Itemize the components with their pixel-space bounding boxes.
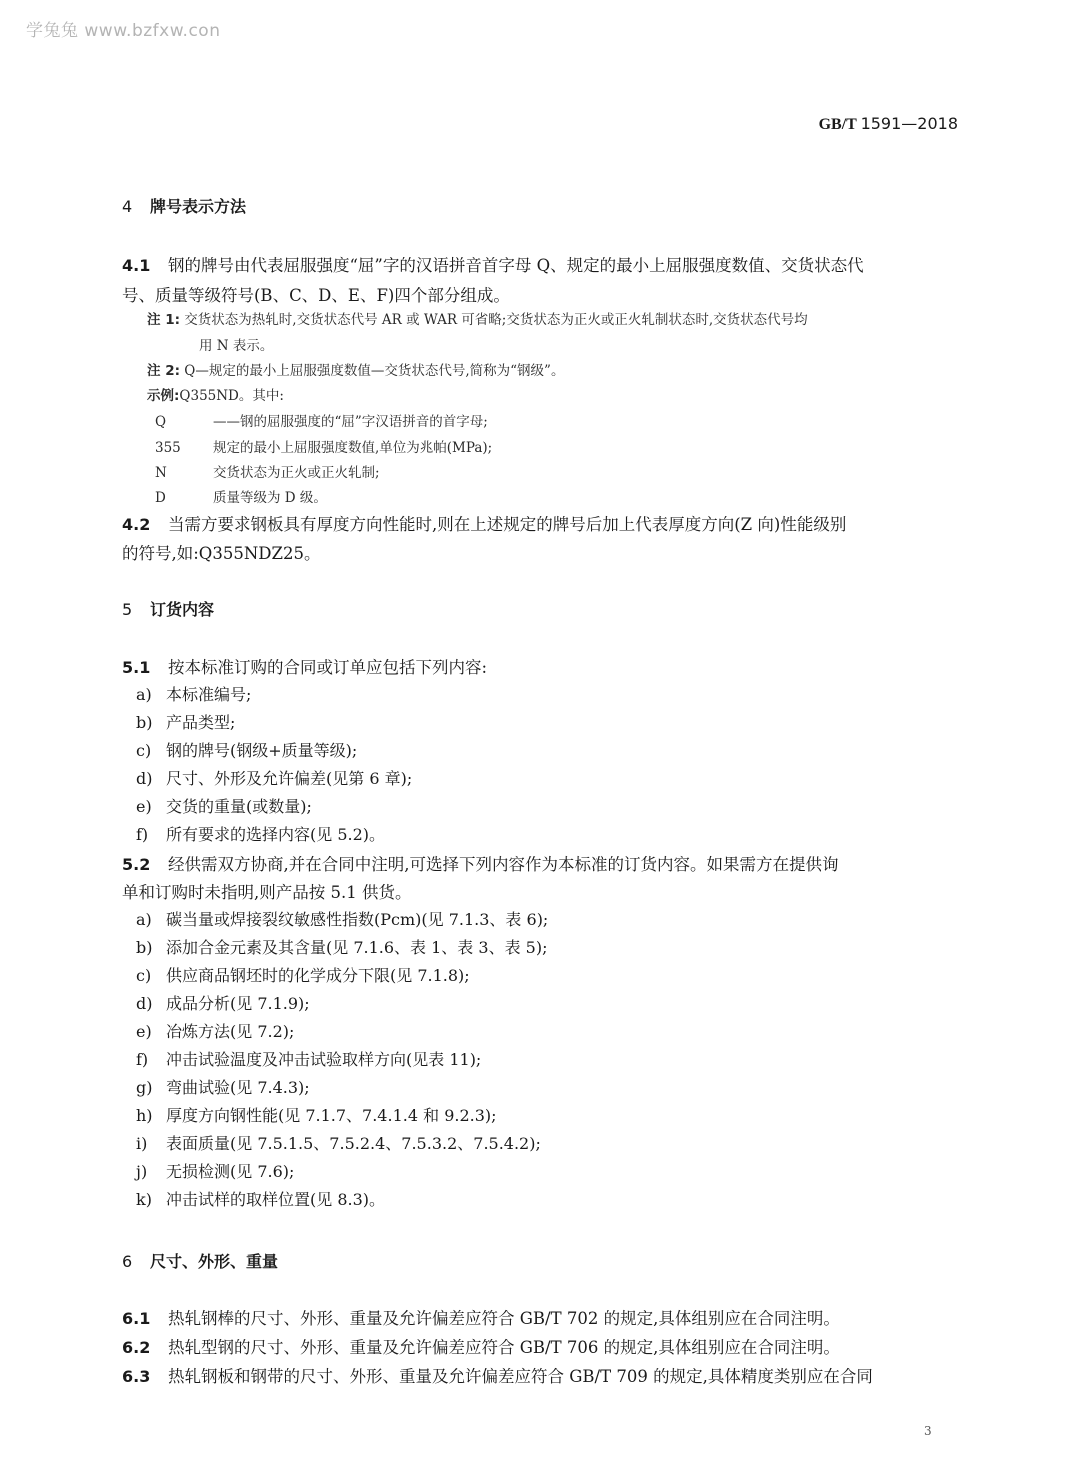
list-item: d)成品分析(见 7.1.9); — [136, 991, 310, 1014]
watermark: 学兔兔 www.bzfxw.con — [26, 16, 221, 41]
clause-6-3: 6.3热轧钢板和钢带的尺寸、外形、重量及允许偏差应符合 GB/T 709 的规定… — [122, 1363, 873, 1387]
definition-355: 355规定的最小上屈服强度数值,单位为兆帕(MPa); — [155, 436, 492, 456]
list-item: b)添加合金元素及其含量(见 7.1.6、表 1、表 3、表 5); — [136, 935, 547, 958]
list-item: h)厚度方向钢性能(见 7.1.7、7.4.1.4 和 9.2.3); — [136, 1103, 497, 1126]
section-heading-6: 6尺寸、外形、重量 — [122, 1249, 278, 1272]
definition-n: N交货状态为正火或正火轧制; — [155, 461, 380, 481]
clause-5-2: 5.2经供需双方协商,并在合同中注明,可选择下列内容作为本标准的订货内容。如果需… — [122, 851, 839, 875]
list-item: f)冲击试验温度及冲击试验取样方向(见表 11); — [136, 1047, 481, 1070]
definition-q: Q——钢的屈服强度的“屈”字汉语拼音的首字母; — [155, 410, 488, 430]
list-item: b)产品类型; — [136, 710, 235, 733]
definition-d: D质量等级为 D 级。 — [155, 486, 327, 506]
clause-6-1: 6.1热轧钢棒的尺寸、外形、重量及允许偏差应符合 GB/T 702 的规定,具体… — [122, 1305, 840, 1329]
list-item: a)本标准编号; — [136, 682, 251, 705]
note-1: 注 1: 交货状态为热轧时,交货状态代号 AR 或 WAR 可省略;交货状态为正… — [147, 308, 808, 328]
list-item: c)钢的牌号(钢级+质量等级); — [136, 738, 357, 761]
standard-prefix: GB/T — [819, 116, 857, 133]
example: 示例:Q355ND。其中: — [147, 384, 284, 404]
clause-5-1: 5.1按本标准订购的合同或订单应包括下列内容: — [122, 654, 487, 678]
list-item: d)尺寸、外形及允许偏差(见第 6 章); — [136, 766, 412, 789]
clause-5-2-cont: 单和订购时未指明,则产品按 5.1 供货。 — [122, 879, 411, 903]
list-item: g)弯曲试验(见 7.4.3); — [136, 1075, 310, 1098]
page-number: 3 — [924, 1424, 932, 1438]
list-item: c)供应商品钢坯时的化学成分下限(见 7.1.8); — [136, 963, 470, 986]
standard-code: GB/T 1591—2018 — [819, 114, 958, 134]
section-heading-5: 5订货内容 — [122, 597, 214, 620]
clause-4-1-cont: 号、质量等级符号(B、C、D、E、F)四个部分组成。 — [122, 282, 510, 306]
clause-4-2-cont: 的符号,如:Q355NDZ25。 — [122, 540, 320, 564]
note-2: 注 2: Q—规定的最小上屈服强度数值—交货状态代号,简称为“钢级”。 — [147, 359, 564, 379]
list-item: a)碳当量或焊接裂纹敏感性指数(Pcm)(见 7.1.3、表 6); — [136, 907, 548, 930]
clause-4-2: 4.2当需方要求钢板具有厚度方向性能时,则在上述规定的牌号后加上代表厚度方向(Z… — [122, 511, 846, 535]
list-item: i)表面质量(见 7.5.1.5、7.5.2.4、7.5.3.2、7.5.4.2… — [136, 1131, 541, 1154]
list-item: j)无损检测(见 7.6); — [136, 1159, 294, 1182]
clause-4-1: 4.1钢的牌号由代表屈服强度“屈”字的汉语拼音首字母 Q、规定的最小上屈服强度数… — [122, 252, 864, 276]
clause-6-2: 6.2热轧型钢的尺寸、外形、重量及允许偏差应符合 GB/T 706 的规定,具体… — [122, 1334, 840, 1358]
list-item: e)交货的重量(或数量); — [136, 794, 312, 817]
note-1-cont: 用 N 表示。 — [199, 334, 273, 354]
standard-number: 1591—2018 — [861, 114, 958, 133]
list-item: e)冶炼方法(见 7.2); — [136, 1019, 294, 1042]
list-item: f)所有要求的选择内容(见 5.2)。 — [136, 822, 385, 845]
list-item: k)冲击试样的取样位置(见 8.3)。 — [136, 1187, 385, 1210]
section-heading-4: 4牌号表示方法 — [122, 194, 246, 217]
